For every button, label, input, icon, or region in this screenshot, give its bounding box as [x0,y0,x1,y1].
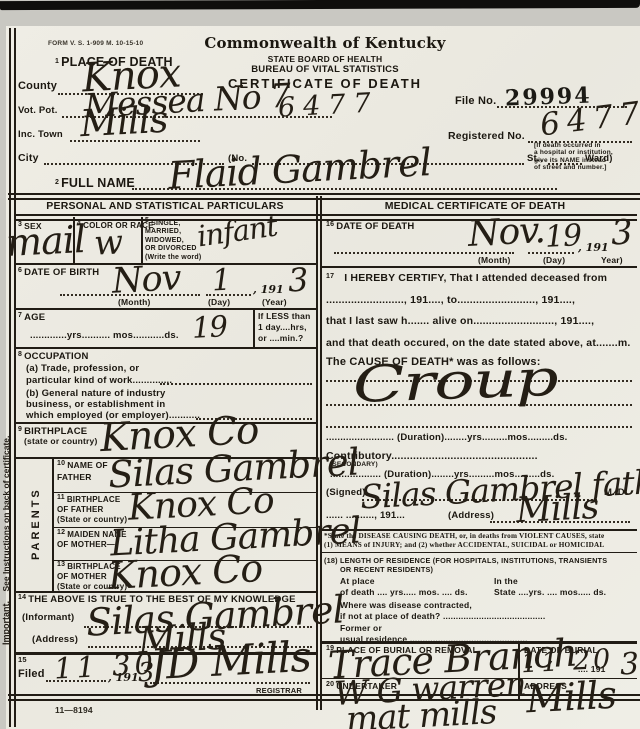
father-name-num: 10 [57,460,65,467]
contributory-address-handwritten: Mills [515,490,599,529]
cause-blank-3 [326,426,632,428]
undertaker-handwritten-2: mat mills [345,695,497,729]
inc-town-label: Inc. Town [18,129,63,140]
race-marital-divider [141,217,143,263]
dod-year-printed: , 191 [578,241,609,254]
footnote-bottom-rule [321,552,637,553]
birthplace-sub: (state or country) [24,436,98,446]
dob-day-handwritten: 1 [211,266,231,297]
left-border-inner [14,28,16,727]
occupation-a1: (a) Trade, profession, or [26,363,139,374]
occupation-b2: business, or establishment in [26,399,165,410]
occupation-label: 8OCCUPATION [18,351,89,362]
residence-atplace-1: At place [340,576,375,586]
footnote-line1: *State the DISEASE CAUSING DEATH, or, in… [324,532,604,540]
full-name-num: 2 [55,179,59,186]
cause-value-handwritten: Croup [352,353,558,410]
occupation-num: 8 [18,351,22,358]
death-certificate-scan: FORM V. S. 1-909 M. 10-15-10 Commonwealt… [0,0,640,729]
bureau-line: BUREAU OF VITAL STATISTICS [200,64,450,75]
informant-label: (Informant) [22,612,74,623]
certify-num: 17 [326,273,334,280]
residence-label-1: (18) LENGTH OF RESIDENCE (FOR HOSPITALS,… [324,556,607,565]
age-label: 7AGE [18,312,45,323]
hospital-note-line4: of street and number.] [534,164,613,171]
inc-town-value-handwritten: Mills [79,101,168,143]
age-text: AGE [24,312,45,323]
residence-contracted-1: Where was disease contracted, [340,600,472,610]
file-no-label: File No. [455,95,496,107]
full-name-text: FULL NAME [61,176,135,190]
occupation-a2: particular kind of work.............. [26,375,172,386]
certify-line1-text: I HEREBY CERTIFY, That I attended deceas… [344,272,607,284]
parents-strip-divider [52,457,54,591]
dob-month-handwritten: Nov [111,261,181,300]
dob-num: 6 [18,267,22,274]
father-name-l2: FATHER [57,472,108,483]
age-less-line1: If LESS than [258,311,310,321]
county-label: County [18,80,57,92]
scan-edge-bar [0,0,640,10]
sex-value-handwritten: mail [5,220,86,262]
dod-text: DATE OF DEATH [336,221,414,232]
form-number: FORM V. S. 1-909 M. 10-15-10 [48,40,143,47]
age-num: 7 [18,312,22,319]
dod-num: 16 [326,221,334,228]
city-label: City [18,152,39,164]
informant-address-label: (Address) [32,634,78,645]
certify-line2: ........................., 191...., to..… [326,294,575,306]
parents-vertical-label: PARENTS [30,487,42,560]
marital-label: 5SINGLE, MARRIED, WIDOWED, OR DIVORCED (… [145,220,201,262]
hospital-note-line1: [If death occurred in [534,142,613,149]
registrar-signature-handwritten: JD Mills [149,636,312,686]
marital-l4: OR DIVORCED [145,245,201,253]
commonwealth-title: Commonwealth of Kentucky [200,34,450,52]
dod-month-handwritten: Nov. [467,213,545,253]
occupation-b1: (b) General nature of industry [26,388,166,399]
mother-name-num: 12 [57,529,65,536]
age-subbox-divider [253,308,255,347]
residence-inthe-1: In the [494,576,518,586]
age-units-line: .............yrs.......... mos..........… [30,330,179,341]
medical-section-header: MEDICAL CERTIFICATE OF DEATH [330,200,620,212]
dod-label: 16DATE OF DEATH [326,221,414,232]
age-less-line3: or ....min.? [258,333,303,343]
dob-yeardigit-handwritten: 3 [287,264,308,297]
vot-pot-label: Vot. Pot. [18,105,58,116]
contributory-address-label: (Address) [448,510,494,521]
dod-sub-month: (Month) [478,255,511,265]
dob-year-printed: , 191 [253,283,284,296]
age-less-line2: 1 day....hrs, [258,322,307,332]
mother-bp-handwritten: Knox Co [107,549,263,595]
dod-sub-day: (Day) [543,255,565,265]
residence-atplace-2: of death .... yrs..... mos. .... ds. [340,587,468,597]
table-top-rule [8,193,640,200]
residence-contracted-2: if not at place of death? ..............… [340,611,545,621]
residence-former-1: Former or [340,623,382,633]
father-name-l1: NAME OF [67,460,108,470]
hospital-note: [If death occurred in a hospital or inst… [534,142,613,172]
marital-l1: SINGLE, [151,220,180,227]
footnote-line2: (1) MEANS of INJURY; and (2) whether ACC… [324,541,604,549]
dod-day-handwritten: 19 [544,221,582,253]
filed-num: 15 [18,655,27,664]
filed-label: Filed [18,668,45,680]
cause-duration-line: ........................ (Duration).....… [326,432,568,443]
attest-num: 14 [18,594,26,601]
place-of-death-num: 1 [55,58,59,65]
plate-number: 11—8194 [55,705,93,715]
dob-text: DATE OF BIRTH [24,267,99,278]
marital-l2: MARRIED, [145,228,201,236]
dod-sub-year: Year) [601,255,623,265]
full-name-label: 2FULL NAME [55,176,135,190]
vot-pot-extra-handwritten: 6477 [277,89,379,121]
state-board-line: STATE BOARD OF HEALTH [200,54,450,64]
dod-yeardigit-handwritten: 3 [610,215,632,250]
dob-label: 6DATE OF BIRTH [18,267,99,278]
mother-bp-num: 13 [57,561,65,568]
footnote-top-rule [321,529,637,531]
race-value-handwritten: w [93,225,123,260]
occupation-text: OCCUPATION [24,351,88,362]
registered-no-label: Registered No. [448,130,525,142]
certify-line4: and that death occured, on the date stat… [326,337,631,349]
city-blank-3 [548,163,582,165]
father-bp-l2: OF FATHER [57,505,127,515]
med-row-line-1 [321,266,637,268]
father-bp-label: 11BIRTHPLACE OF FATHER (State or country… [57,495,127,525]
dob-sub-day: (Day) [208,297,230,307]
father-name-label: 10NAME OF FATHER [57,460,108,482]
birthplace-num: 9 [18,426,22,433]
occupation-a-blank [160,383,312,385]
marital-l3: WIDOWED, [145,237,201,245]
left-border-outer [9,28,11,727]
father-bp-num: 11 [57,494,65,501]
undertaker-address-handwritten: Mills [525,676,617,719]
residence-inthe-2: State ....yrs. .... mos..... ds. [494,587,606,597]
certify-line3: that I last saw h....... alive on.......… [326,315,594,327]
age-value-handwritten: 19 [191,312,227,343]
certify-line1: 17I HEREBY CERTIFY, That I attended dece… [326,272,607,284]
burial-date-yeardigit-handwritten: 3 [619,650,639,681]
hospital-note-line2: a hospital or institution, [534,149,613,156]
residence-label-2: OR RECENT RESIDENTS) [340,565,433,574]
row-line-3 [14,347,317,349]
dob-sub-year: (Year) [262,297,287,307]
row-line-2 [14,308,317,310]
